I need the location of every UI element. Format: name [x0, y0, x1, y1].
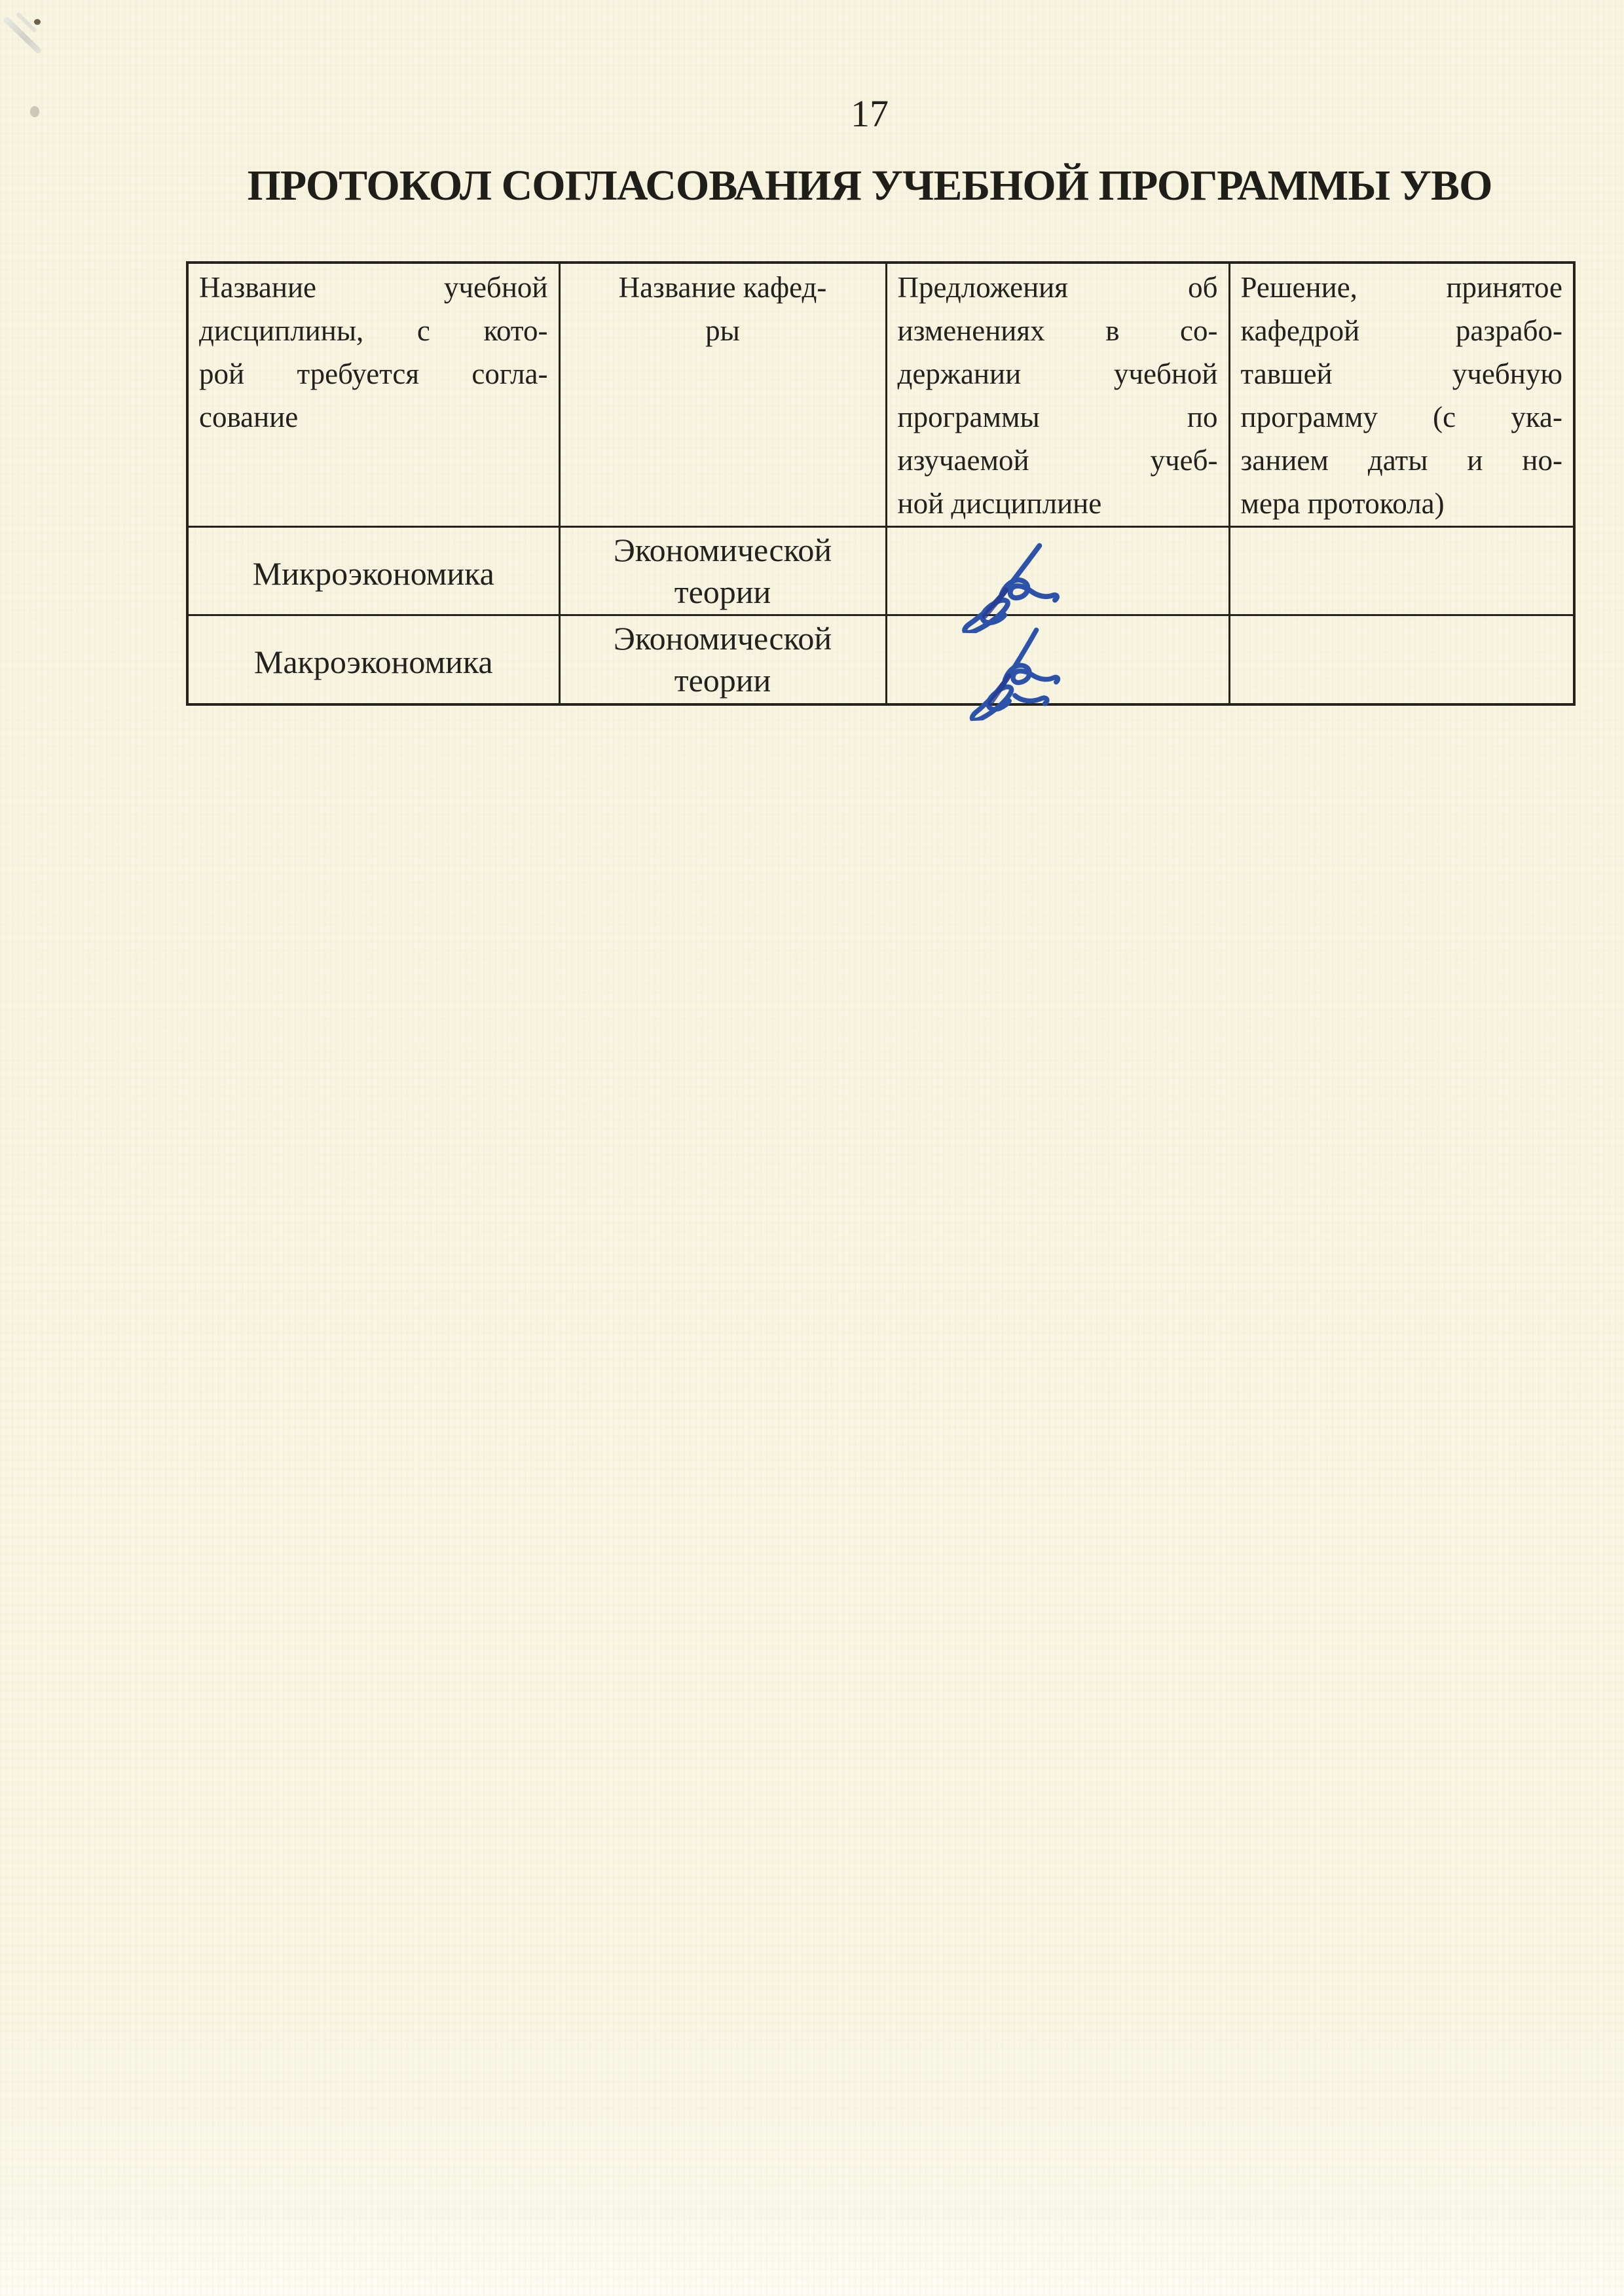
- header-line: ры: [571, 309, 875, 352]
- table-row: Микроэкономика Экономической теории: [187, 526, 1574, 615]
- department-line: Экономической: [561, 529, 885, 571]
- cell-proposal: [886, 526, 1229, 615]
- header-cell-department: Название кафед- ры: [559, 263, 886, 526]
- header-line: программу (с ука-: [1241, 395, 1563, 439]
- header-line: программы по: [898, 395, 1218, 439]
- scan-artifact-smudge: [30, 106, 39, 117]
- department-line: теории: [561, 571, 885, 613]
- header-line: рой требуется согла-: [199, 352, 548, 395]
- cell-department: Экономической теории: [559, 526, 886, 615]
- header-line: тавшей учебную: [1241, 352, 1563, 395]
- header-line: Название учебной: [199, 266, 548, 309]
- cell-decision: [1229, 526, 1574, 615]
- header-line: Название кафед-: [571, 266, 875, 309]
- header-line: изучаемой учеб-: [898, 439, 1218, 482]
- header-cell-proposals: Предложения об изменениях в со- держании…: [886, 263, 1229, 526]
- scanned-document-page: 17 ПРОТОКОЛ СОГЛАСОВАНИЯ УЧЕБНОЙ ПРОГРАМ…: [0, 0, 1624, 2296]
- header-line: мера протокола): [1241, 482, 1563, 525]
- header-line: Решение, принятое: [1241, 266, 1563, 309]
- cell-discipline: Микроэкономика: [187, 526, 559, 615]
- header-line: держании учебной: [898, 352, 1218, 395]
- department-line: Экономической: [561, 617, 885, 659]
- table-row: Макроэкономика Экономической теории: [187, 615, 1574, 704]
- header-cell-discipline: Название учебной дисциплины, с кото- рой…: [187, 263, 559, 526]
- header-line: ной дисциплине: [898, 482, 1218, 525]
- cell-decision: [1229, 615, 1574, 704]
- approval-protocol-table: Название учебной дисциплины, с кото- рой…: [186, 261, 1576, 706]
- table-header-row: Название учебной дисциплины, с кото- рой…: [187, 263, 1574, 526]
- document-title: ПРОТОКОЛ СОГЛАСОВАНИЯ УЧЕБНОЙ ПРОГРАММЫ …: [190, 161, 1549, 211]
- cell-discipline: Макроэкономика: [187, 615, 559, 704]
- header-line: Предложения об: [898, 266, 1218, 309]
- header-line: дисциплины, с кото-: [199, 309, 548, 352]
- scan-artifact-dot: [34, 19, 41, 25]
- header-line: кафедрой разрабо-: [1241, 309, 1563, 352]
- department-line: теории: [561, 659, 885, 701]
- header-cell-decision: Решение, принятое кафедрой разрабо- тавш…: [1229, 263, 1574, 526]
- header-line: сование: [199, 395, 548, 439]
- cell-department: Экономической теории: [559, 615, 886, 704]
- header-line: изменениях в со-: [898, 309, 1218, 352]
- cell-proposal: [886, 615, 1229, 704]
- page-number: 17: [190, 92, 1549, 136]
- header-line: занием даты и но-: [1241, 439, 1563, 482]
